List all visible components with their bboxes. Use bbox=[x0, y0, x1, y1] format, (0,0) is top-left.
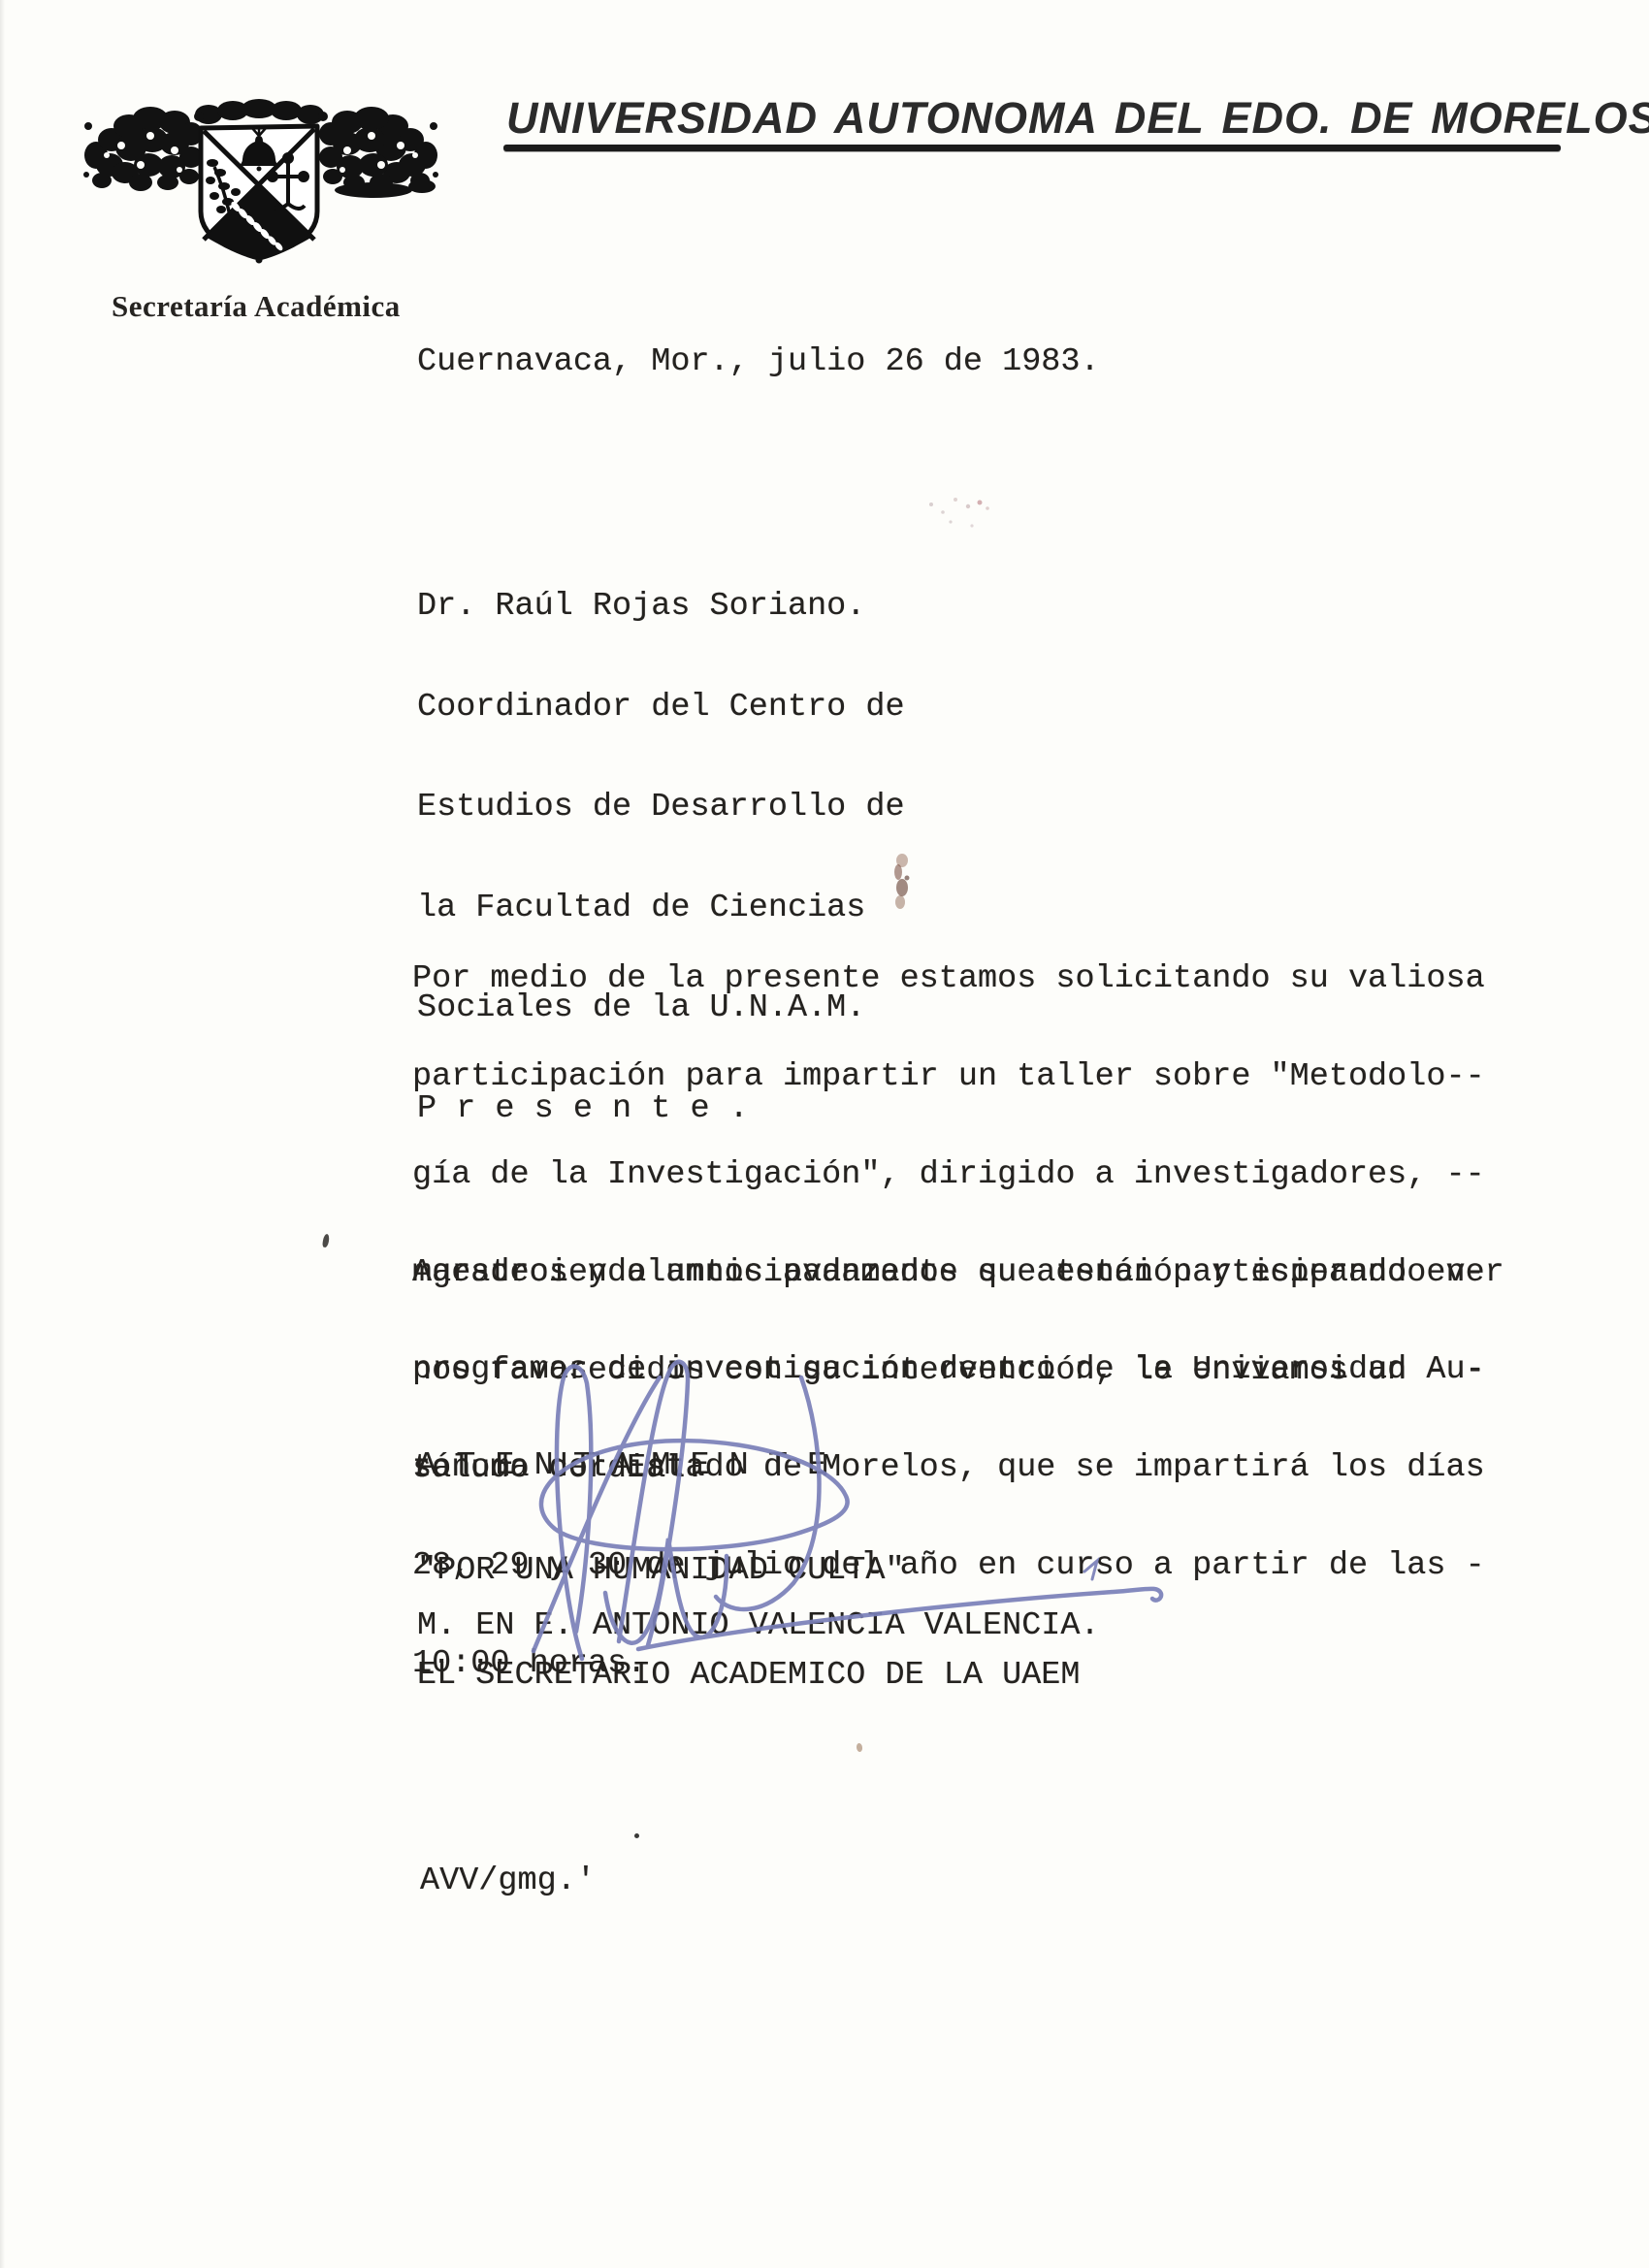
scan-edge-shadow bbox=[0, 0, 5, 2268]
signature-tick bbox=[1084, 1561, 1097, 1579]
body-line: participación para impartir un taller so… bbox=[412, 1061, 1485, 1094]
masthead-rule bbox=[503, 145, 1561, 151]
university-crest-logo bbox=[82, 97, 439, 267]
signature-inner-w bbox=[605, 1539, 727, 1643]
body-line: Por medio de la presente estamos solicit… bbox=[412, 963, 1485, 996]
dot-smudge-artifact bbox=[634, 1833, 639, 1838]
signature-right-loop bbox=[716, 1377, 820, 1609]
crest-top-band bbox=[195, 99, 324, 124]
signature-ink bbox=[504, 1348, 1193, 1683]
signature-tall-loop-b bbox=[619, 1362, 688, 1645]
body-line: Agradeciendo anticipadamente su atención… bbox=[412, 1257, 1504, 1290]
signature-tall-loop-a bbox=[557, 1366, 591, 1659]
crest-right-frieze bbox=[318, 107, 438, 198]
body-line: gía de la Investigación", dirigido a inv… bbox=[412, 1159, 1485, 1192]
pencil-speckle-artifact bbox=[912, 475, 1018, 543]
dateline: Cuernavaca, Mor., julio 26 de 1983. bbox=[417, 345, 1100, 378]
shield-bottom-knob bbox=[256, 257, 263, 264]
reference-initials: AVV/gmg.' bbox=[420, 1863, 596, 1898]
comma-smudge-artifact bbox=[322, 1234, 330, 1248]
recipient-line: Dr. Raúl Rojas Soriano. bbox=[417, 590, 905, 624]
university-name-title: UNIVERSIDAD AUTONOMA DEL EDO. DE MORELOS bbox=[506, 93, 1649, 144]
letter-page: UNIVERSIDAD AUTONOMA DEL EDO. DE MORELOS… bbox=[0, 0, 1649, 2268]
department-label: Secretaría Académica bbox=[112, 289, 401, 324]
recipient-line: Estudios de Desarrollo de bbox=[417, 791, 905, 825]
recipient-line: Coordinador del Centro de bbox=[417, 691, 905, 725]
crest-shield bbox=[201, 126, 317, 264]
ink-smudge-artifact bbox=[878, 849, 926, 917]
crest-left-frieze bbox=[83, 107, 204, 191]
